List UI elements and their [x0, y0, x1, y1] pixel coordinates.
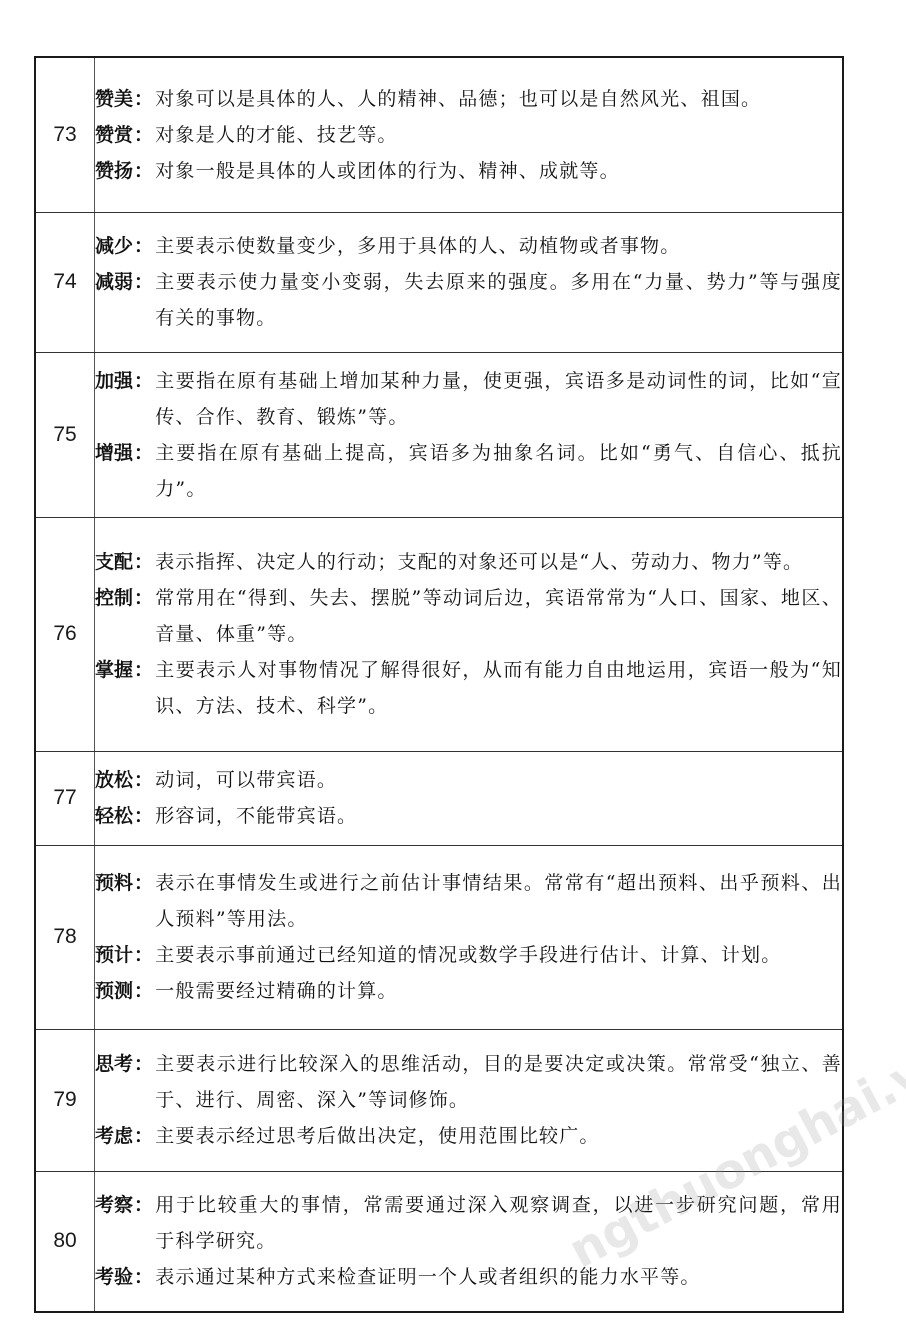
row-number: 75: [35, 352, 95, 517]
term-label: 轻松: [95, 798, 133, 834]
definitions-cell: 赞美：对象可以是具体的人、人的精神、品德；也可以是自然风光、祖国。赞赏：对象是人…: [95, 57, 844, 212]
term-definition: 主要表示经过思考后做出决定，使用范围比较广。: [155, 1118, 842, 1154]
term-colon: ：: [134, 117, 154, 153]
term-label: 加强: [95, 363, 133, 399]
term-label: 增强: [95, 435, 133, 471]
term-definition: 对象是人的才能、技艺等。: [155, 117, 842, 153]
term-colon: ：: [134, 363, 154, 399]
definition-entry: 赞美：对象可以是具体的人、人的精神、品德；也可以是自然风光、祖国。: [95, 81, 842, 117]
term-definition: 主要表示事前通过已经知道的情况或数学手段进行估计、计算、计划。: [155, 937, 842, 973]
term-label: 支配: [95, 544, 133, 580]
term-colon: ：: [134, 762, 154, 798]
term-definition: 主要表示使力量变小变弱，失去原来的强度。多用在“力量、势力”等与强度有关的事物。: [155, 264, 842, 336]
term-definition: 主要表示使数量变少，多用于具体的人、动植物或者事物。: [155, 228, 842, 264]
term-colon: ：: [134, 865, 154, 901]
table-body: 73赞美：对象可以是具体的人、人的精神、品德；也可以是自然风光、祖国。赞赏：对象…: [35, 57, 843, 1312]
document-page: 73赞美：对象可以是具体的人、人的精神、品德；也可以是自然风光、祖国。赞赏：对象…: [0, 0, 906, 1336]
definition-entry: 赞赏：对象是人的才能、技艺等。: [95, 117, 842, 153]
term-definition: 形容词，不能带宾语。: [155, 798, 842, 834]
term-label: 赞扬: [95, 153, 133, 189]
definitions-cell: 考察：用于比较重大的事情，常需要通过深入观察调查，以进一步研究问题，常用于科学研…: [95, 1171, 844, 1312]
definition-entry: 加强：主要指在原有基础上增加某种力量，使更强，宾语多是动词性的词，比如“宣传、合…: [95, 363, 842, 435]
term-definition: 动词，可以带宾语。: [155, 762, 842, 798]
term-label: 思考: [95, 1046, 133, 1082]
definition-entry: 减弱：主要表示使力量变小变弱，失去原来的强度。多用在“力量、势力”等与强度有关的…: [95, 264, 842, 336]
term-label: 减少: [95, 228, 133, 264]
term-colon: ：: [134, 937, 154, 973]
term-colon: ：: [134, 81, 154, 117]
term-colon: ：: [134, 1046, 154, 1082]
term-label: 放松: [95, 762, 133, 798]
table-row: 78预料：表示在事情发生或进行之前估计事情结果。常常有“超出预料、出乎预料、出人…: [35, 845, 843, 1029]
definitions-cell: 支配：表示指挥、决定人的行动；支配的对象还可以是“人、劳动力、物力”等。控制：常…: [95, 517, 844, 751]
definitions-cell: 减少：主要表示使数量变少，多用于具体的人、动植物或者事物。减弱：主要表示使力量变…: [95, 212, 844, 352]
term-definition: 对象可以是具体的人、人的精神、品德；也可以是自然风光、祖国。: [155, 81, 842, 117]
term-definition: 主要表示人对事物情况了解得很好，从而有能力自由地运用，宾语一般为“知识、方法、技…: [155, 652, 842, 724]
definition-entry: 支配：表示指挥、决定人的行动；支配的对象还可以是“人、劳动力、物力”等。: [95, 544, 842, 580]
term-label: 考虑: [95, 1118, 133, 1154]
term-label: 预测: [95, 973, 133, 1009]
term-label: 预料: [95, 865, 133, 901]
term-definition: 主要表示进行比较深入的思维活动，目的是要决定或决策。常常受“独立、善于、进行、周…: [155, 1046, 842, 1118]
definition-entry: 考察：用于比较重大的事情，常需要通过深入观察调查，以进一步研究问题，常用于科学研…: [95, 1187, 842, 1259]
definitions-cell: 思考：主要表示进行比较深入的思维活动，目的是要决定或决策。常常受“独立、善于、进…: [95, 1029, 844, 1171]
row-number: 73: [35, 57, 95, 212]
definition-entry: 控制：常常用在“得到、失去、摆脱”等动词后边，宾语常常为“人口、国家、地区、音量…: [95, 580, 842, 652]
term-colon: ：: [134, 435, 154, 471]
definition-entry: 轻松：形容词，不能带宾语。: [95, 798, 842, 834]
table-row: 74减少：主要表示使数量变少，多用于具体的人、动植物或者事物。减弱：主要表示使力…: [35, 212, 843, 352]
definition-entry: 放松：动词，可以带宾语。: [95, 762, 842, 798]
table-row: 76支配：表示指挥、决定人的行动；支配的对象还可以是“人、劳动力、物力”等。控制…: [35, 517, 843, 751]
term-label: 减弱: [95, 264, 133, 300]
definition-entry: 赞扬：对象一般是具体的人或团体的行为、精神、成就等。: [95, 153, 842, 189]
term-definition: 表示指挥、决定人的行动；支配的对象还可以是“人、劳动力、物力”等。: [155, 544, 842, 580]
term-colon: ：: [134, 228, 154, 264]
term-label: 控制: [95, 580, 133, 616]
term-colon: ：: [134, 544, 154, 580]
table-row: 79思考：主要表示进行比较深入的思维活动，目的是要决定或决策。常常受“独立、善于…: [35, 1029, 843, 1171]
term-colon: ：: [134, 264, 154, 300]
term-colon: ：: [134, 1187, 154, 1223]
term-label: 考察: [95, 1187, 133, 1223]
term-label: 预计: [95, 937, 133, 973]
term-definition: 常常用在“得到、失去、摆脱”等动词后边，宾语常常为“人口、国家、地区、音量、体重…: [155, 580, 842, 652]
definitions-cell: 放松：动词，可以带宾语。轻松：形容词，不能带宾语。: [95, 751, 844, 845]
row-number: 80: [35, 1171, 95, 1312]
term-definition: 主要指在原有基础上增加某种力量，使更强，宾语多是动词性的词，比如“宣传、合作、教…: [155, 363, 842, 435]
term-definition: 表示通过某种方式来检查证明一个人或者组织的能力水平等。: [155, 1259, 842, 1295]
row-number: 78: [35, 845, 95, 1029]
row-number: 76: [35, 517, 95, 751]
term-label: 赞美: [95, 81, 133, 117]
term-colon: ：: [134, 1118, 154, 1154]
table-row: 77放松：动词，可以带宾语。轻松：形容词，不能带宾语。: [35, 751, 843, 845]
table-row: 80考察：用于比较重大的事情，常需要通过深入观察调查，以进一步研究问题，常用于科…: [35, 1171, 843, 1312]
definition-entry: 预测：一般需要经过精确的计算。: [95, 973, 842, 1009]
definition-entry: 预料：表示在事情发生或进行之前估计事情结果。常常有“超出预料、出乎预料、出人预料…: [95, 865, 842, 937]
definition-entry: 思考：主要表示进行比较深入的思维活动，目的是要决定或决策。常常受“独立、善于、进…: [95, 1046, 842, 1118]
term-definition: 用于比较重大的事情，常需要通过深入观察调查，以进一步研究问题，常用于科学研究。: [155, 1187, 842, 1259]
term-colon: ：: [134, 580, 154, 616]
definition-entry: 预计：主要表示事前通过已经知道的情况或数学手段进行估计、计算、计划。: [95, 937, 842, 973]
term-colon: ：: [134, 973, 154, 1009]
term-label: 掌握: [95, 652, 133, 688]
term-colon: ：: [134, 798, 154, 834]
term-label: 考验: [95, 1259, 133, 1295]
row-number: 74: [35, 212, 95, 352]
definition-entry: 考虑：主要表示经过思考后做出决定，使用范围比较广。: [95, 1118, 842, 1154]
definitions-cell: 预料：表示在事情发生或进行之前估计事情结果。常常有“超出预料、出乎预料、出人预料…: [95, 845, 844, 1029]
table-row: 73赞美：对象可以是具体的人、人的精神、品德；也可以是自然风光、祖国。赞赏：对象…: [35, 57, 843, 212]
term-definition: 一般需要经过精确的计算。: [155, 973, 842, 1009]
definition-entry: 减少：主要表示使数量变少，多用于具体的人、动植物或者事物。: [95, 228, 842, 264]
definitions-cell: 加强：主要指在原有基础上增加某种力量，使更强，宾语多是动词性的词，比如“宣传、合…: [95, 352, 844, 517]
term-definition: 对象一般是具体的人或团体的行为、精神、成就等。: [155, 153, 842, 189]
term-colon: ：: [134, 153, 154, 189]
word-comparison-table: 73赞美：对象可以是具体的人、人的精神、品德；也可以是自然风光、祖国。赞赏：对象…: [34, 56, 844, 1313]
row-number: 79: [35, 1029, 95, 1171]
table-row: 75加强：主要指在原有基础上增加某种力量，使更强，宾语多是动词性的词，比如“宣传…: [35, 352, 843, 517]
row-number: 77: [35, 751, 95, 845]
term-colon: ：: [134, 1259, 154, 1295]
term-definition: 主要指在原有基础上提高，宾语多为抽象名词。比如“勇气、自信心、抵抗力”。: [155, 435, 842, 507]
term-label: 赞赏: [95, 117, 133, 153]
definition-entry: 考验：表示通过某种方式来检查证明一个人或者组织的能力水平等。: [95, 1259, 842, 1295]
definition-entry: 增强：主要指在原有基础上提高，宾语多为抽象名词。比如“勇气、自信心、抵抗力”。: [95, 435, 842, 507]
definition-entry: 掌握：主要表示人对事物情况了解得很好，从而有能力自由地运用，宾语一般为“知识、方…: [95, 652, 842, 724]
term-definition: 表示在事情发生或进行之前估计事情结果。常常有“超出预料、出乎预料、出人预料”等用…: [155, 865, 842, 937]
term-colon: ：: [134, 652, 154, 688]
